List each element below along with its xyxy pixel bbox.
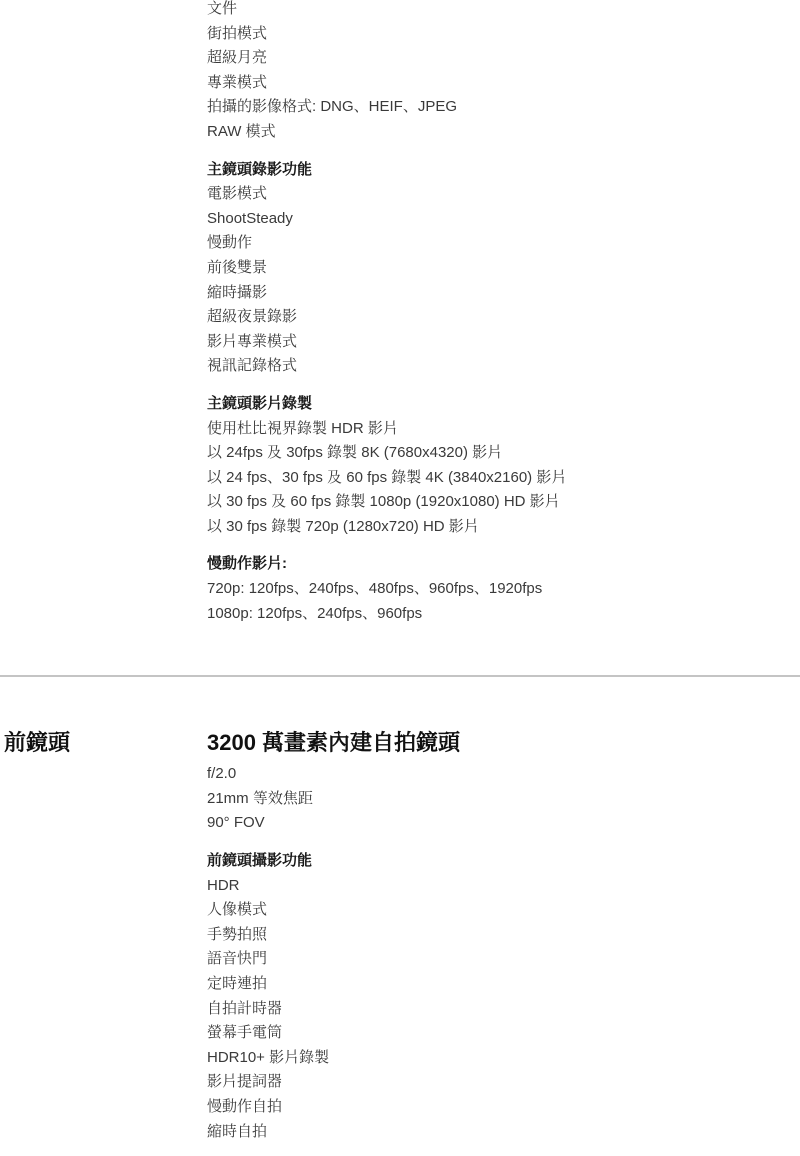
main-camera-section: 文件 街拍模式 超級月亮 專業模式 拍攝的影像格式: DNG、HEIF、JPEG… — [0, 0, 800, 626]
spec-line: 超級夜景錄影 — [207, 305, 800, 330]
main-video-recording-list: 主鏡頭影片錄製 使用杜比視界錄製 HDR 影片 以 24fps 及 30fps … — [207, 392, 800, 540]
spec-line: 專業模式 — [207, 71, 800, 96]
slow-motion-list: 慢動作影片: 720p: 120fps、240fps、480fps、960fps… — [207, 552, 800, 626]
section-divider — [0, 675, 800, 677]
spec-line: f/2.0 — [207, 762, 800, 787]
spec-line: 街拍模式 — [207, 22, 800, 47]
spec-line: 手勢拍照 — [207, 923, 800, 948]
section-sub-heading: 慢動作影片: — [207, 552, 800, 577]
spec-line: 1080p: 120fps、240fps、960fps — [207, 602, 800, 627]
spec-sheet-page: 文件 街拍模式 超級月亮 專業模式 拍攝的影像格式: DNG、HEIF、JPEG… — [0, 0, 800, 1153]
spec-line: 以 30 fps 及 60 fps 錄製 1080p (1920x1080) H… — [207, 490, 800, 515]
front-camera-title: 3200 萬畫素內建自拍鏡頭 — [207, 729, 800, 757]
spec-line: 慢動作自拍 — [207, 1095, 800, 1120]
spec-line: ShootSteady — [207, 207, 800, 232]
spec-line: HDR10+ 影片錄製 — [207, 1046, 800, 1071]
spec-line: 影片專業模式 — [207, 330, 800, 355]
spec-line: 自拍計時器 — [207, 997, 800, 1022]
spec-line: RAW 模式 — [207, 120, 800, 145]
spec-line: 720p: 120fps、240fps、480fps、960fps、1920fp… — [207, 577, 800, 602]
main-video-features-list: 主鏡頭錄影功能 電影模式 ShootSteady 慢動作 前後雙景 縮時攝影 超… — [207, 158, 800, 379]
spec-line: 人像模式 — [207, 898, 800, 923]
spec-line: 文件 — [207, 0, 800, 22]
spec-line: 視訊記錄格式 — [207, 354, 800, 379]
front-camera-label: 前鏡頭 — [4, 729, 70, 757]
spec-line: 以 24fps 及 30fps 錄製 8K (7680x4320) 影片 — [207, 441, 800, 466]
main-photo-features-list: 文件 街拍模式 超級月亮 專業模式 拍攝的影像格式: DNG、HEIF、JPEG… — [207, 0, 800, 145]
spec-line: 使用杜比視界錄製 HDR 影片 — [207, 417, 800, 442]
section-sub-heading: 主鏡頭影片錄製 — [207, 392, 800, 417]
spec-line: 21mm 等效焦距 — [207, 787, 800, 812]
spec-line: 90° FOV — [207, 811, 800, 836]
spec-line: HDR — [207, 874, 800, 899]
spec-line: 縮時攝影 — [207, 281, 800, 306]
section-sub-heading: 主鏡頭錄影功能 — [207, 158, 800, 183]
spec-line: 語音快門 — [207, 947, 800, 972]
section-sub-heading: 前鏡頭攝影功能 — [207, 849, 800, 874]
spec-line: 前後雙景 — [207, 256, 800, 281]
spec-line: 定時連拍 — [207, 972, 800, 997]
spec-line: 慢動作 — [207, 231, 800, 256]
spec-line: 拍攝的影像格式: DNG、HEIF、JPEG — [207, 95, 800, 120]
spec-line: 電影模式 — [207, 182, 800, 207]
main-camera-content: 文件 街拍模式 超級月亮 專業模式 拍攝的影像格式: DNG、HEIF、JPEG… — [207, 0, 800, 626]
spec-line: 縮時自拍 — [207, 1120, 800, 1145]
spec-line: 螢幕手電筒 — [207, 1021, 800, 1046]
front-camera-section: 前鏡頭 3200 萬畫素內建自拍鏡頭 f/2.0 21mm 等效焦距 90° F… — [0, 729, 800, 1144]
spec-line: 影片提詞器 — [207, 1070, 800, 1095]
spec-line: 超級月亮 — [207, 46, 800, 71]
front-camera-specs-list: f/2.0 21mm 等效焦距 90° FOV — [207, 762, 800, 836]
front-camera-content: 3200 萬畫素內建自拍鏡頭 f/2.0 21mm 等效焦距 90° FOV 前… — [207, 729, 800, 1144]
spec-line: 以 24 fps、30 fps 及 60 fps 錄製 4K (3840x216… — [207, 466, 800, 491]
spec-line: 以 30 fps 錄製 720p (1280x720) HD 影片 — [207, 515, 800, 540]
front-photo-features-list: 前鏡頭攝影功能 HDR 人像模式 手勢拍照 語音快門 定時連拍 自拍計時器 螢幕… — [207, 849, 800, 1144]
